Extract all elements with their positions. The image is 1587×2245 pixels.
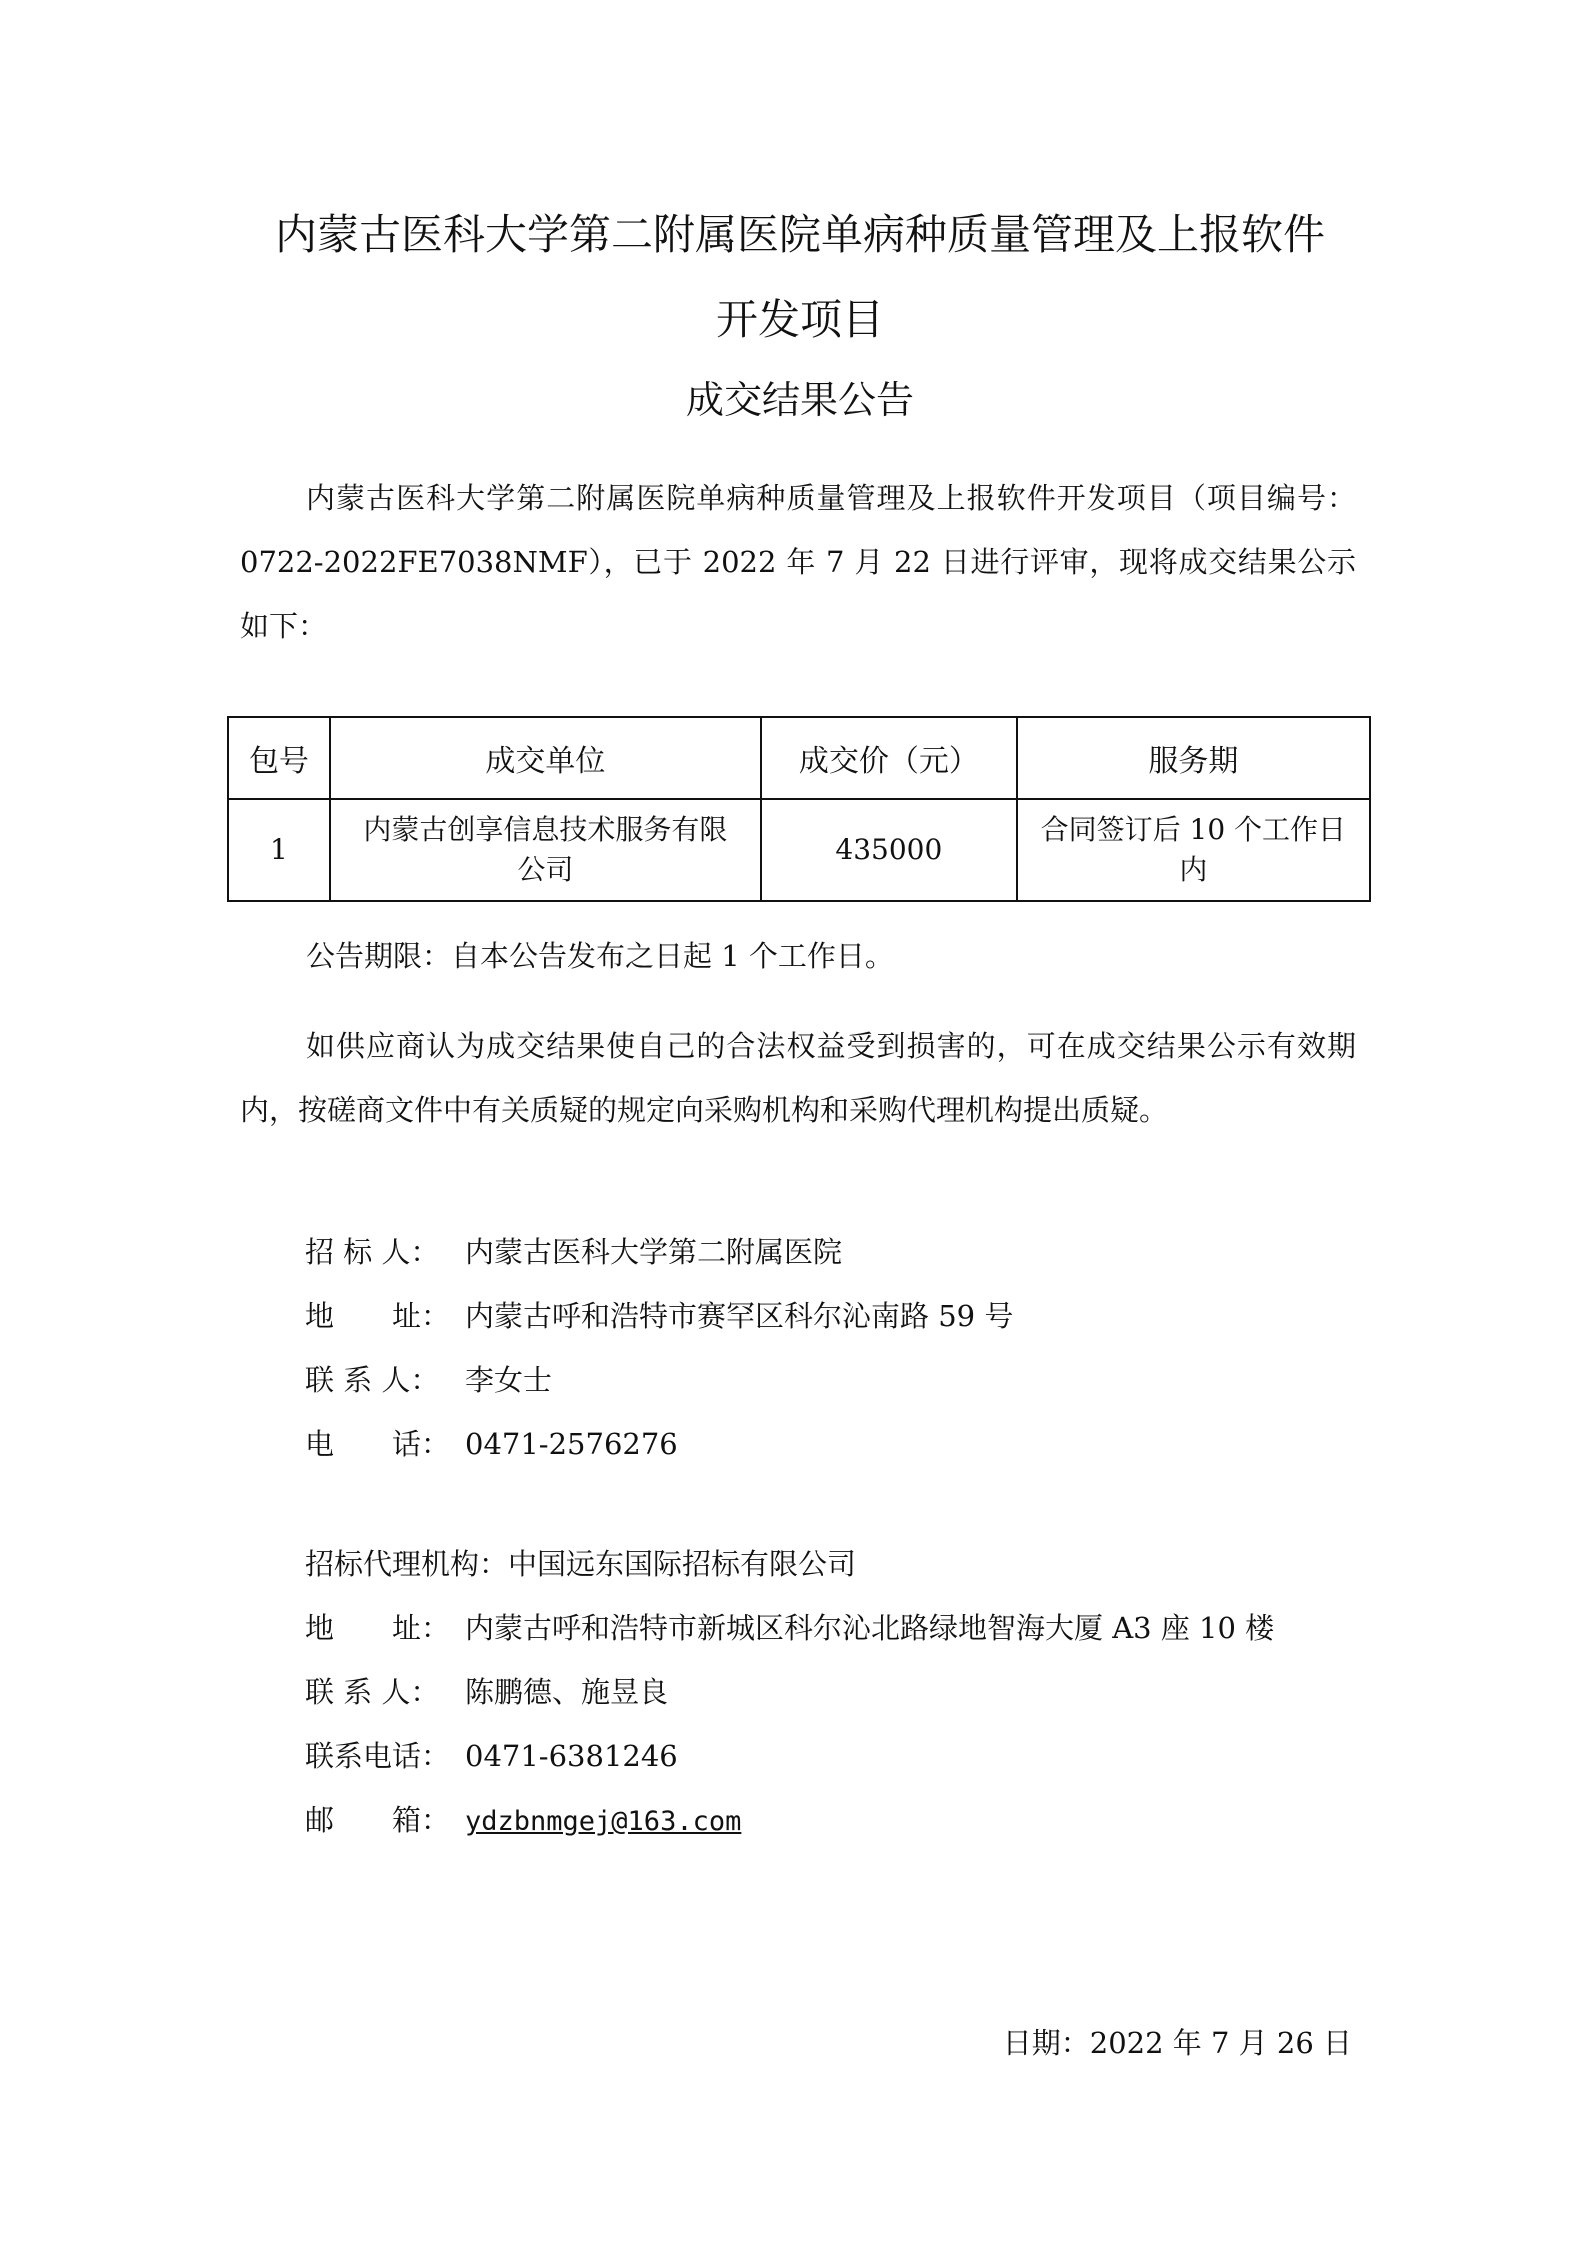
purchaser-phone-label: 电 话： — [305, 1412, 465, 1476]
agency-address-label: 地 址： — [305, 1596, 465, 1660]
purchaser-address: 内蒙古呼和浩特市赛罕区科尔沁南路 59 号 — [465, 1299, 1013, 1333]
table-header-row: 包号 成交单位 成交价（元） 服务期 — [228, 717, 1370, 799]
agency-phone-label: 联系电话： — [305, 1724, 465, 1788]
cell-price: 435000 — [761, 799, 1017, 901]
agency-phone-row: 联系电话：0471-6381246 — [305, 1724, 1274, 1788]
announcement-page: 内蒙古医科大学第二附属医院单病种质量管理及上报软件 开发项目 成交结果公告 内蒙… — [0, 0, 1587, 2245]
purchaser-address-row: 地 址：内蒙古呼和浩特市赛罕区科尔沁南路 59 号 — [305, 1284, 1013, 1348]
objection-notice: 如供应商认为成交结果使自己的合法权益受到损害的，可在成交结果公示有效期内，按磋商… — [240, 1014, 1356, 1142]
header-service-period: 服务期 — [1017, 717, 1370, 799]
agency-contact-row: 联 系 人：陈鹏德、施昱良 — [305, 1660, 1274, 1724]
agency-info: 招标代理机构：中国远东国际招标有限公司 地 址：内蒙古呼和浩特市新城区科尔沁北路… — [305, 1532, 1274, 1852]
purchaser-phone: 0471-2576276 — [465, 1427, 678, 1461]
purchaser-phone-row: 电 话：0471-2576276 — [305, 1412, 1013, 1476]
purchaser-contact: 李女士 — [465, 1363, 552, 1397]
agency-contact: 陈鹏德、施昱良 — [465, 1675, 668, 1709]
document-title-line-1: 内蒙古医科大学第二附属医院单病种质量管理及上报软件 — [230, 205, 1370, 265]
cell-package-no: 1 — [228, 799, 330, 901]
header-price: 成交价（元） — [761, 717, 1017, 799]
purchaser-contact-row: 联 系 人：李女士 — [305, 1348, 1013, 1412]
result-table: 包号 成交单位 成交价（元） 服务期 1 内蒙古创享信息技术服务有限公司 435… — [227, 716, 1371, 902]
agency-name-label: 招标代理机构： — [305, 1532, 508, 1596]
cell-service-period: 合同签订后 10 个工作日内 — [1017, 799, 1370, 901]
agency-email-label: 邮 箱： — [305, 1788, 465, 1852]
agency-email-link[interactable]: ydzbnmgej@163.com — [465, 1806, 741, 1837]
document-subtitle: 成交结果公告 — [230, 372, 1370, 428]
agency-name-row: 招标代理机构：中国远东国际招标有限公司 — [305, 1532, 1274, 1596]
header-winning-supplier: 成交单位 — [330, 717, 761, 799]
purchaser-name-row: 招 标 人：内蒙古医科大学第二附属医院 — [305, 1220, 1013, 1284]
table-row: 1 内蒙古创享信息技术服务有限公司 435000 合同签订后 10 个工作日内 — [228, 799, 1370, 901]
agency-contact-label: 联 系 人： — [305, 1660, 465, 1724]
notice-period: 公告期限：自本公告发布之日起 1 个工作日。 — [240, 924, 1356, 988]
agency-name: 中国远东国际招标有限公司 — [508, 1547, 856, 1581]
agency-address: 内蒙古呼和浩特市新城区科尔沁北路绿地智海大厦 A3 座 10 楼 — [465, 1611, 1274, 1645]
purchaser-info: 招 标 人：内蒙古医科大学第二附属医院 地 址：内蒙古呼和浩特市赛罕区科尔沁南路… — [305, 1220, 1013, 1476]
header-package-no: 包号 — [228, 717, 330, 799]
purchaser-name-label: 招 标 人： — [305, 1220, 465, 1284]
purchaser-contact-label: 联 系 人： — [305, 1348, 465, 1412]
intro-paragraph: 内蒙古医科大学第二附属医院单病种质量管理及上报软件开发项目（项目编号：0722-… — [240, 466, 1356, 658]
announcement-date: 日期：2022 年 7 月 26 日 — [1003, 2018, 1352, 2068]
agency-phone: 0471-6381246 — [465, 1739, 678, 1773]
purchaser-address-label: 地 址： — [305, 1284, 465, 1348]
document-title-line-2: 开发项目 — [230, 290, 1370, 350]
agency-email-row: 邮 箱：ydzbnmgej@163.com — [305, 1788, 1274, 1852]
cell-winning-supplier: 内蒙古创享信息技术服务有限公司 — [330, 799, 761, 901]
agency-address-row: 地 址：内蒙古呼和浩特市新城区科尔沁北路绿地智海大厦 A3 座 10 楼 — [305, 1596, 1274, 1660]
purchaser-name: 内蒙古医科大学第二附属医院 — [465, 1235, 842, 1269]
